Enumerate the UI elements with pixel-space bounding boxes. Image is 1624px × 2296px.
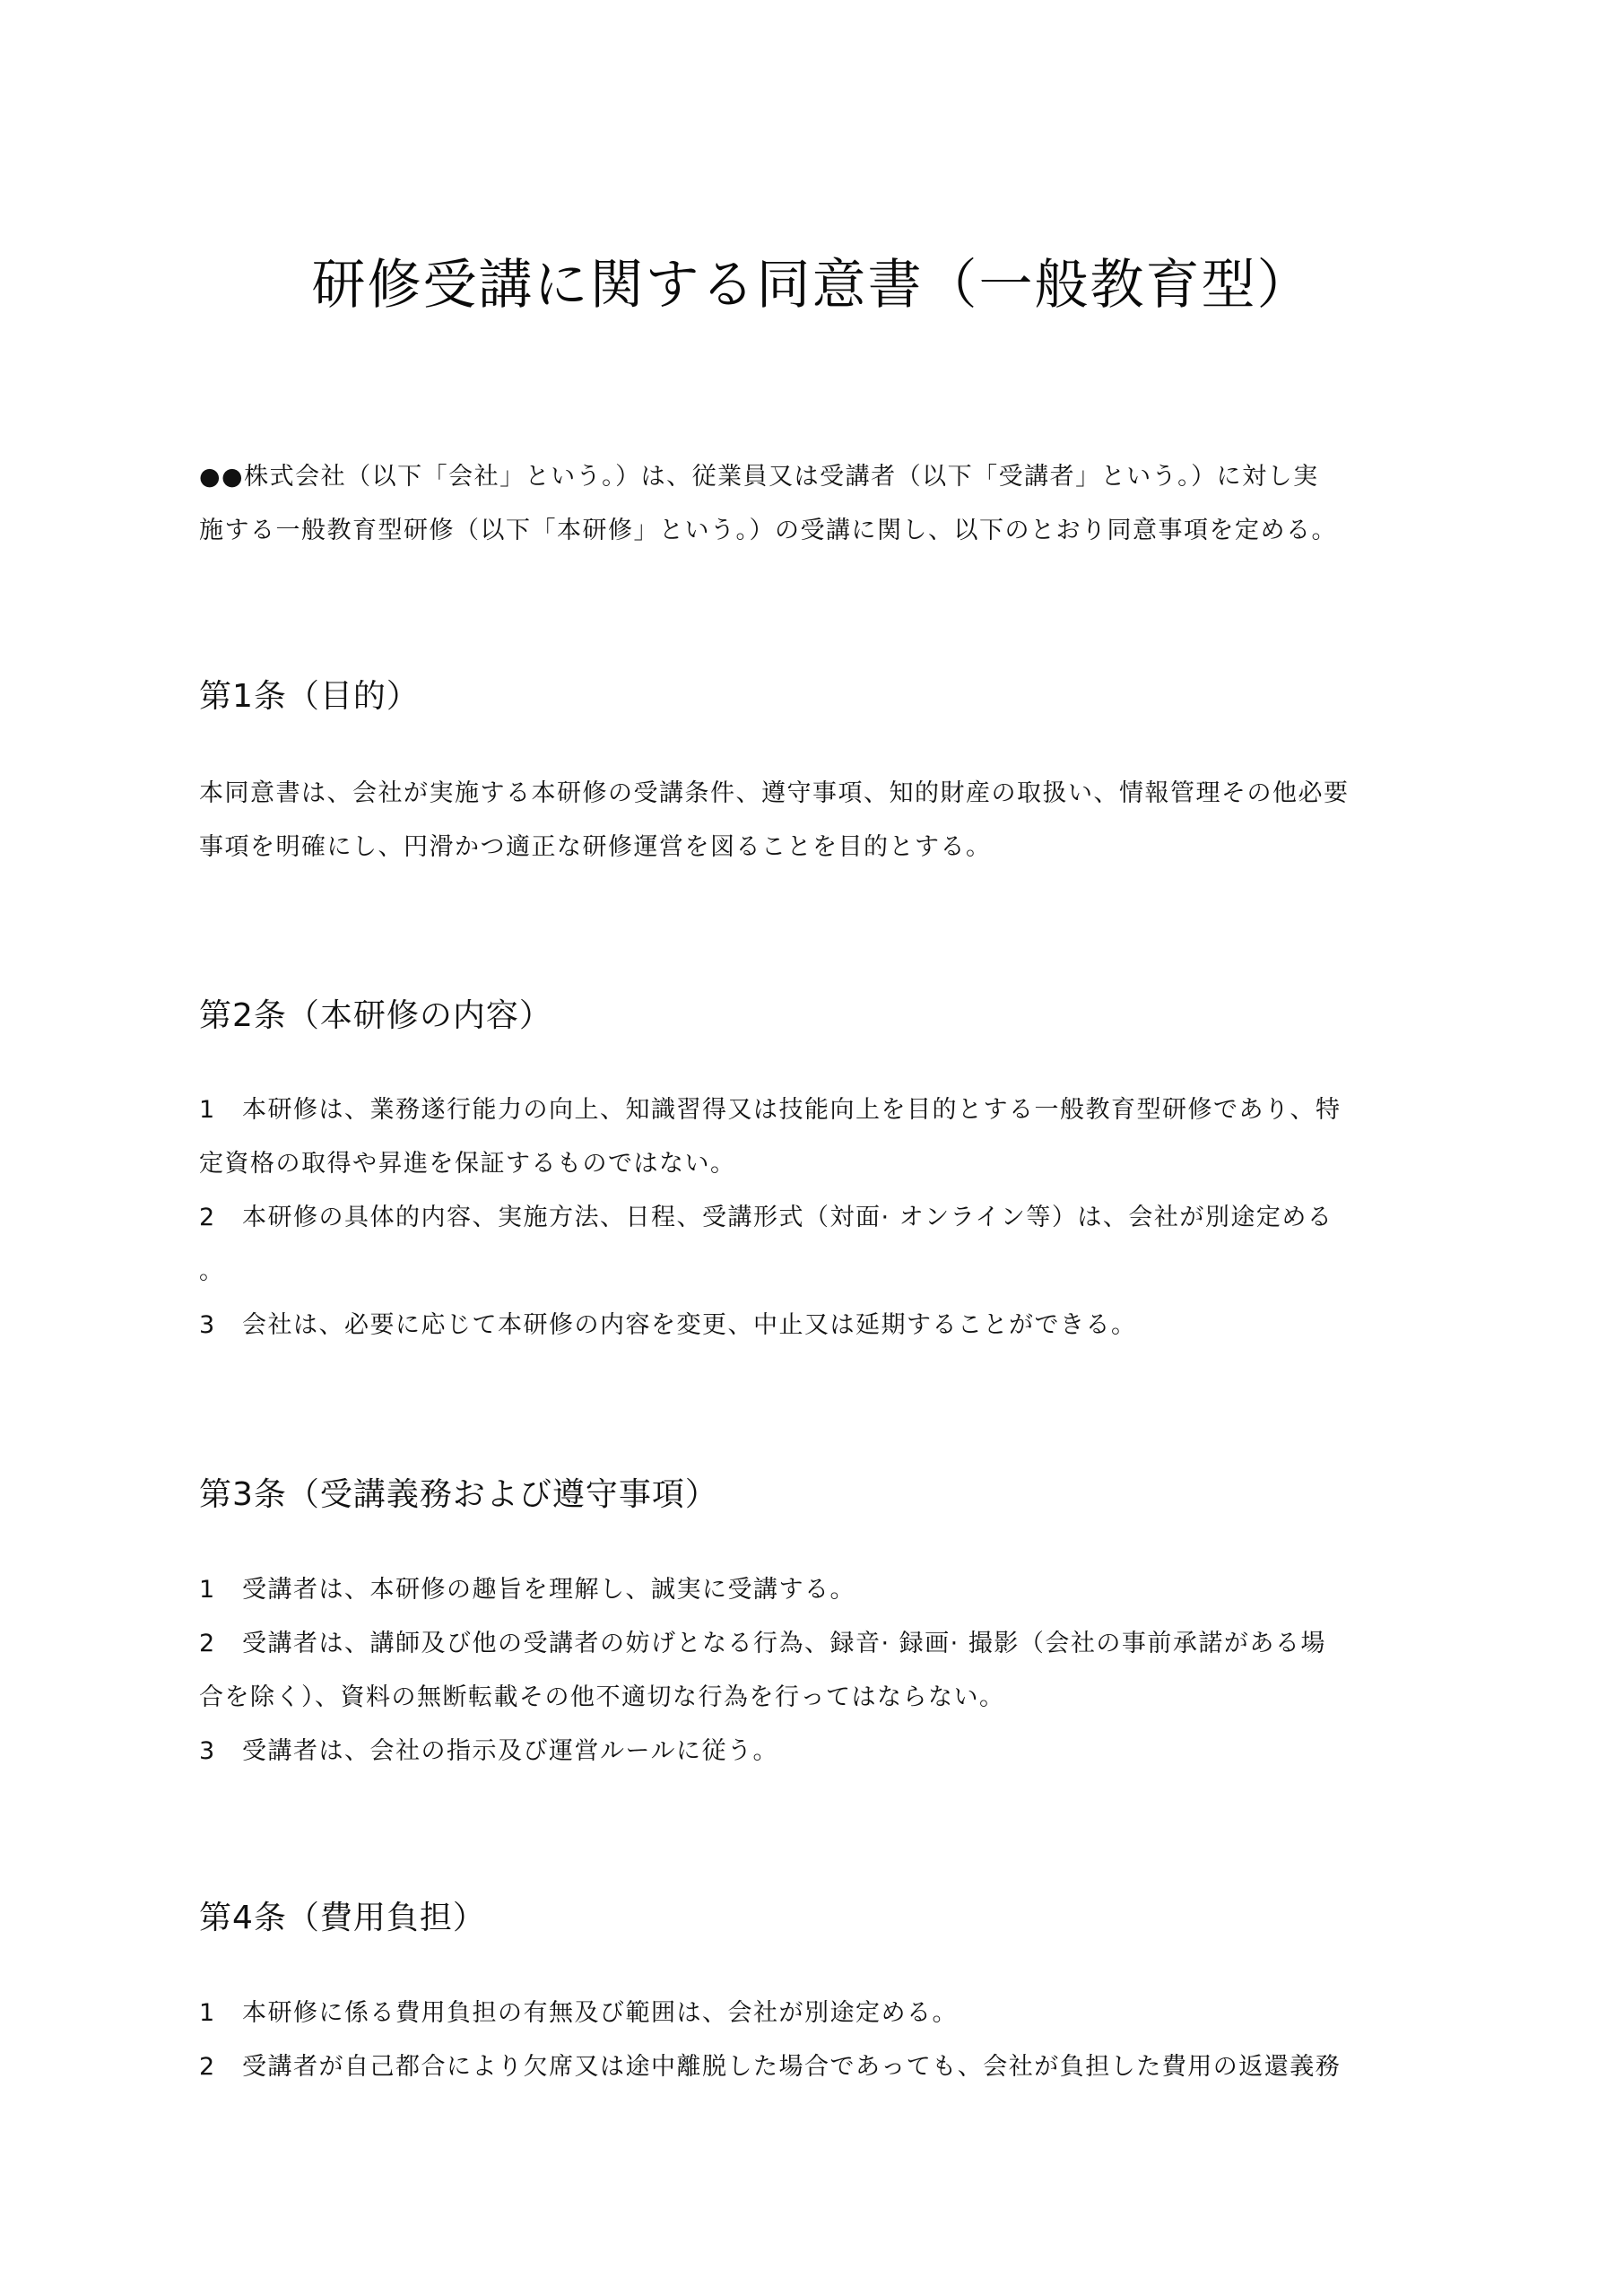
item-text: 受講者は、本研修の趣旨を理解し、誠実に受講する。 — [242, 1576, 855, 1604]
article-2-body: 1本研修は、業務遂行能力の向上、知識習得又は技能向上を目的とする一般教育型研修で… — [199, 1083, 1437, 1352]
article-1-line: 本同意書は、会社が実施する本研修の受講条件、遵守事項、知的財産の取扱い、情報管理… — [199, 767, 1437, 821]
intro-line: ●●株式会社（以下「会社」という。）は、従業員又は受講者（以下「受講者」という。… — [199, 450, 1437, 504]
article-3-item-2: 2受講者は、講師及び他の受講者の妨げとなる行為、録音· 録画· 撮影（会社の事前… — [199, 1617, 1437, 1671]
item-number: 1 — [199, 1987, 242, 2040]
article-3-item-2-cont: 合を除く）、資料の無断転載その他不適切な行為を行ってはならない。 — [199, 1671, 1437, 1725]
article-3-heading: 第3条（受講義務および遵守事項） — [199, 1473, 718, 1518]
article-3-item-1: 1受講者は、本研修の趣旨を理解し、誠実に受講する。 — [199, 1563, 1437, 1617]
item-text: 本研修に係る費用負担の有無及び範囲は、会社が別途定める。 — [242, 1999, 958, 2027]
item-text: 受講者は、講師及び他の受講者の妨げとなる行為、録音· 録画· 撮影（会社の事前承… — [242, 1630, 1326, 1657]
article-2-item-2: 2本研修の具体的内容、実施方法、日程、受講形式（対面· オンライン等）は、会社が… — [199, 1191, 1437, 1245]
item-text: 本研修の具体的内容、実施方法、日程、受講形式（対面· オンライン等）は、会社が別… — [242, 1204, 1333, 1231]
article-1-line: 事項を明確にし、円滑かつ適正な研修運営を図ることを目的とする。 — [199, 821, 1437, 874]
article-3-item-3: 3受講者は、会社の指示及び運営ルールに従う。 — [199, 1725, 1437, 1779]
item-number: 3 — [199, 1725, 242, 1779]
item-text: 受講者が自己都合により欠席又は途中離脱した場合であっても、会社が負担した費用の返… — [242, 2053, 1341, 2081]
article-2-item-3: 3会社は、必要に応じて本研修の内容を変更、中止又は延期することができる。 — [199, 1299, 1437, 1352]
item-text: 本研修は、業務遂行能力の向上、知識習得又は技能向上を目的とする一般教育型研修であ… — [242, 1096, 1342, 1124]
document-title: 研修受講に関する同意書（一般教育型） — [0, 249, 1624, 321]
article-2-item-1: 1本研修は、業務遂行能力の向上、知識習得又は技能向上を目的とする一般教育型研修で… — [199, 1083, 1437, 1137]
document-page: 研修受講に関する同意書（一般教育型） ●●株式会社（以下「会社」という。）は、従… — [0, 0, 1624, 2296]
article-4-item-2: 2受講者が自己都合により欠席又は途中離脱した場合であっても、会社が負担した費用の… — [199, 2040, 1437, 2094]
item-number: 1 — [199, 1083, 242, 1137]
item-text: 会社は、必要に応じて本研修の内容を変更、中止又は延期することができる。 — [242, 1311, 1137, 1339]
item-number: 1 — [199, 1563, 242, 1617]
item-number: 2 — [199, 1191, 242, 1245]
article-2-item-2-cont: 。 — [199, 1245, 1437, 1299]
article-1-heading: 第1条（目的） — [199, 674, 420, 719]
item-number: 2 — [199, 2040, 242, 2094]
item-text: 受講者は、会社の指示及び運営ルールに従う。 — [242, 1737, 778, 1765]
intro-line: 施する一般教育型研修（以下「本研修」という。）の受講に関し、以下のとおり同意事項… — [199, 504, 1437, 558]
article-3-body: 1受講者は、本研修の趣旨を理解し、誠実に受講する。 2受講者は、講師及び他の受講… — [199, 1563, 1437, 1779]
article-2-item-1-cont: 定資格の取得や昇進を保証するものではない。 — [199, 1137, 1437, 1191]
intro-paragraph: ●●株式会社（以下「会社」という。）は、従業員又は受講者（以下「受講者」という。… — [199, 450, 1437, 558]
article-2-heading: 第2条（本研修の内容） — [199, 994, 552, 1039]
article-4-body: 1本研修に係る費用負担の有無及び範囲は、会社が別途定める。 2受講者が自己都合に… — [199, 1987, 1437, 2094]
item-number: 2 — [199, 1617, 242, 1671]
item-number: 3 — [199, 1299, 242, 1352]
article-4-item-1: 1本研修に係る費用負担の有無及び範囲は、会社が別途定める。 — [199, 1987, 1437, 2040]
article-1-body: 本同意書は、会社が実施する本研修の受講条件、遵守事項、知的財産の取扱い、情報管理… — [199, 767, 1437, 874]
article-4-heading: 第4条（費用負担） — [199, 1896, 486, 1941]
